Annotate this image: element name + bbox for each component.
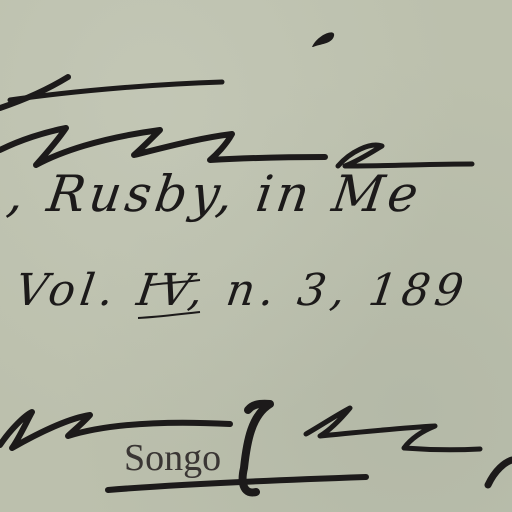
- ink-accent-mark: [312, 32, 334, 47]
- scrawl-line-bottom: [0, 404, 512, 493]
- scrawl-line-top: [0, 77, 472, 166]
- handwritten-line-author: , Rusby, in Me: [4, 165, 426, 223]
- handwritten-line-citation: Vol. IV, n. 3, 189: [12, 265, 471, 316]
- printed-stamp-label: Songo: [124, 436, 221, 480]
- ink-strokes: [0, 0, 512, 512]
